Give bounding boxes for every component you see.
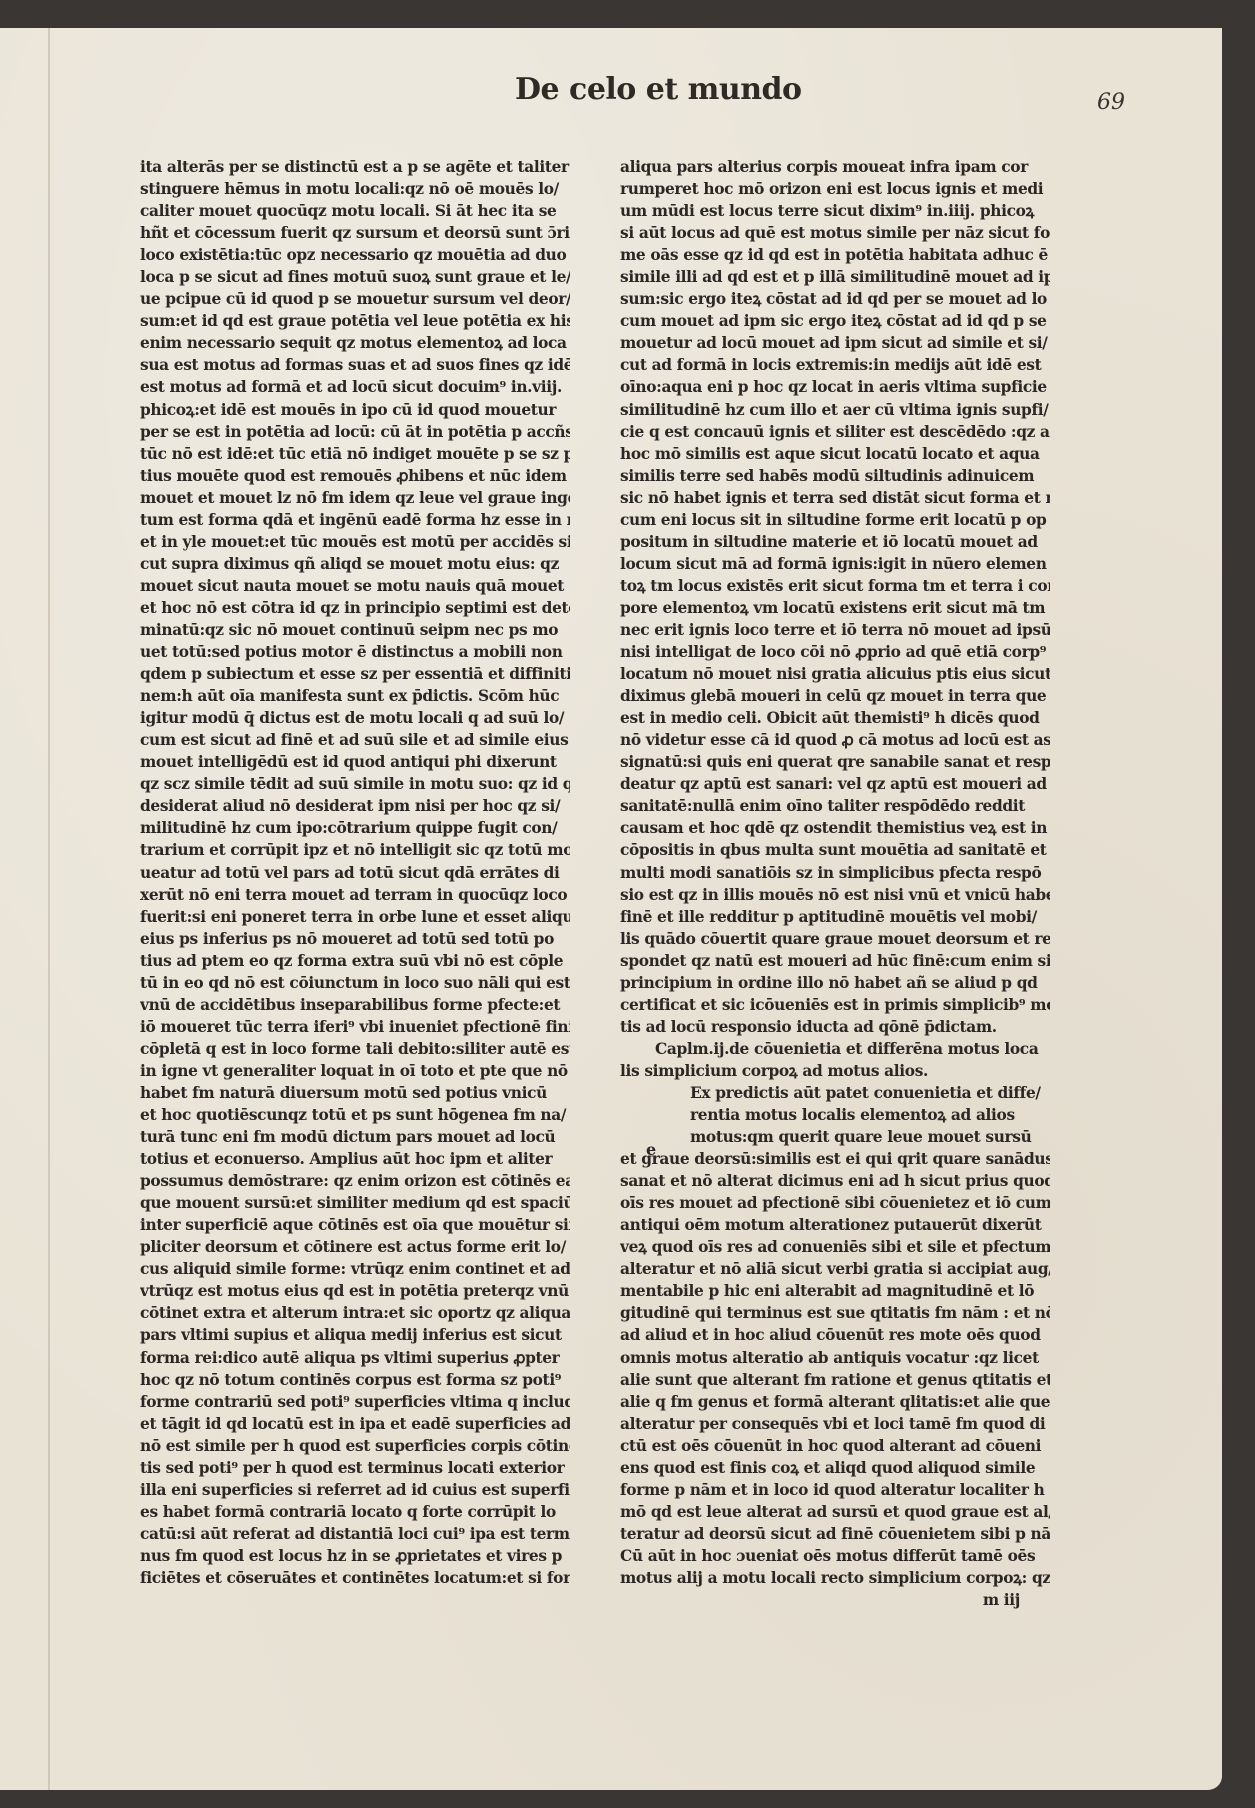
text-line: rentia motus localis elementoꝝ ad alios xyxy=(620,1104,1050,1126)
text-line: nō videtur esse cā id quod ꝓ cā motus ad… xyxy=(620,729,1050,751)
text-line: ad aliud et in hoc aliud cōuenūt res mot… xyxy=(620,1324,1050,1346)
text-line: et graue deorsū:similis est ei qui qrit … xyxy=(620,1148,1050,1170)
text-line: igitur modū q̄ dictus est de motu locali… xyxy=(140,707,570,729)
text-line: fuerit:si eni poneret terra in orbe lune… xyxy=(140,906,570,928)
text-line: certificat et sic icōueniēs est in primi… xyxy=(620,994,1050,1016)
text-line: cum mouet ad ipm sic ergo iteꝝ cōstat ad… xyxy=(620,310,1050,332)
text-line: locatum nō mouet nisi gratia alicuius pt… xyxy=(620,663,1050,685)
text-line: Cū aūt in hoc ɔueniat oēs motus differūt… xyxy=(620,1545,1050,1567)
text-line: alteratur et nō aliā sicut verbi gratia … xyxy=(620,1258,1050,1280)
text-line: lis simplicium corpoꝝ ad motus alios. xyxy=(620,1060,1050,1082)
text-line: ue pcipue cū id quod p se mouetur sursum… xyxy=(140,288,570,310)
text-line: totius et econuerso. Amplius aūt hoc ipm… xyxy=(140,1148,570,1170)
text-line: sio est qz in illis mouēs nō est nisi vn… xyxy=(620,884,1050,906)
text-line: cōtinet extra et alterum intra:et sic op… xyxy=(140,1302,570,1324)
text-line: tis sed poti⁹ per h quod est terminus lo… xyxy=(140,1457,570,1479)
text-line: phicoꝝ:et idē est mouēs in ipo cū id quo… xyxy=(140,399,570,421)
text-line: locum sicut mā ad formā ignis:igit in nū… xyxy=(620,553,1050,575)
text-line: vtrūqz est motus eius qd est in potētia … xyxy=(140,1280,570,1302)
folio-number: 69 xyxy=(1097,90,1125,115)
text-line: omnis motus alteratio ab antiquis vocatu… xyxy=(620,1347,1050,1369)
text-line: hoc qz nō totum continēs corpus est form… xyxy=(140,1369,570,1391)
text-line: deatur qz aptū est sanari: vel qz aptū e… xyxy=(620,773,1050,795)
text-line: minatū:qz sic nō mouet continuū seipm ne… xyxy=(140,619,570,641)
text-line: nec erit ignis loco terre et iō terra nō… xyxy=(620,619,1050,641)
text-line: stinguere hēmus in motu locali:qz nō oē … xyxy=(140,178,570,200)
text-line: mentabile p hic eni alterabit ad magnitu… xyxy=(620,1280,1050,1302)
text-line: simile illi ad qd est et p illā similitu… xyxy=(620,266,1050,288)
text-line: loca p se sicut ad fines motuū suoꝝ sunt… xyxy=(140,266,570,288)
text-line: tius mouēte quod est remouēs ꝓhibens et … xyxy=(140,465,570,487)
text-line: forme p nām et in loco id quod alteratur… xyxy=(620,1479,1050,1501)
text-line: mouet et mouet lz nō fm idem qz leue vel… xyxy=(140,487,570,509)
text-line: um mūdi est locus terre sicut dixim⁹ in.… xyxy=(620,200,1050,222)
text-line: qdem p subiectum et esse sz per essentiā… xyxy=(140,663,570,685)
text-line: cum est sicut ad finē et ad suū sile et … xyxy=(140,729,570,751)
text-line: motus alij a motu locali recto simpliciu… xyxy=(620,1567,1050,1589)
text-line: teratur ad deorsū sicut ad finē cōueniet… xyxy=(620,1523,1050,1545)
text-line: est motus ad formā et ad locū sicut docu… xyxy=(140,376,570,398)
text-line: et hoc quotiēscunqz totū et ps sunt hōge… xyxy=(140,1104,570,1126)
text-line: et in yle mouet:et tūc mouēs est motū pe… xyxy=(140,531,570,553)
text-line: cum eni locus sit in siltudine forme eri… xyxy=(620,509,1050,531)
text-line: alie q fm genus et formā alterant qlitat… xyxy=(620,1391,1050,1413)
text-line: tum est forma qdā et ingēnū eadē forma h… xyxy=(140,509,570,531)
text-line: tū in eo qd nō est cōiunctum in loco suo… xyxy=(140,972,570,994)
text-line: turā tunc eni fm modū dictum pars mouet … xyxy=(140,1126,570,1148)
text-line: est in medio celi. Obicit aūt themisti⁹ … xyxy=(620,707,1050,729)
text-line: enim necessario sequit qz motus elemento… xyxy=(140,332,570,354)
running-head: De celo et mundo xyxy=(515,72,802,107)
book-page: De celo et mundo 69 ita alterās per se d… xyxy=(0,28,1222,1790)
text-line: es habet formā contrariā locato q forte … xyxy=(140,1501,570,1523)
text-line: alie sunt que alterant fm ratione et gen… xyxy=(620,1369,1050,1391)
text-line: si aūt locus ad quē est motus simile per… xyxy=(620,222,1050,244)
text-line: forme contrariū sed poti⁹ superficies vl… xyxy=(140,1391,570,1413)
text-line: sum:et id qd est graue potētia vel leue … xyxy=(140,310,570,332)
text-line: nisi intelligat de loco cōi nō ꝓprio ad … xyxy=(620,641,1050,663)
text-line: diximus glebā moueri in celū qz mouet in… xyxy=(620,685,1050,707)
text-line: pliciter deorsum et cōtinere est actus f… xyxy=(140,1236,570,1258)
text-line: oīs res mouet ad pfectionē sibi cōueniet… xyxy=(620,1192,1050,1214)
gutter-fold xyxy=(48,28,50,1790)
text-line: cus aliquid simile forme: vtrūqz enim co… xyxy=(140,1258,570,1280)
text-line: nō est simile per h quod est superficies… xyxy=(140,1435,570,1457)
text-line: gitudinē qui terminus est sue qtitatis f… xyxy=(620,1302,1050,1324)
text-line: principium in ordine illo nō habet añ se… xyxy=(620,972,1050,994)
text-line: cōpositis in qbus multa sunt mouētia ad … xyxy=(620,839,1050,861)
text-line: rumperet hoc mō orizon eni est locus ign… xyxy=(620,178,1050,200)
text-line: cut supra diximus qñ aliqd se mouet motu… xyxy=(140,553,570,575)
text-line: forma rei:dico autē aliqua ps vltimi sup… xyxy=(140,1347,570,1369)
signature-mark: m iij xyxy=(620,1589,1050,1611)
text-line: desiderat aliud nō desiderat ipm nisi pe… xyxy=(140,795,570,817)
text-line: pore elementoꝝ vm locatū existens erit s… xyxy=(620,597,1050,619)
text-line: veꝝ quod oīs res ad conueniēs sibi et si… xyxy=(620,1236,1050,1258)
text-line: cie q est concauū ignis et siliter est d… xyxy=(620,421,1050,443)
text-line: ita alterās per se distinctū est a p se … xyxy=(140,156,570,178)
text-line: aliqua pars alterius corpis moueat infra… xyxy=(620,156,1050,178)
text-line: Ex predictis aūt patet conuenietia et di… xyxy=(620,1082,1050,1104)
text-line: eius ps inferius ps nō moueret ad totū s… xyxy=(140,928,570,950)
text-line: vnū de accidētibus inseparabilibus forme… xyxy=(140,994,570,1016)
text-line: in igne vt generaliter loquat in oī toto… xyxy=(140,1060,570,1082)
text-line: me oās esse qz id qd est in potētia habi… xyxy=(620,244,1050,266)
text-line: ctū est oēs cōuenūt in hoc quod alterant… xyxy=(620,1435,1050,1457)
text-line: ficiētes et cōseruātes et continētes loc… xyxy=(140,1567,570,1589)
text-line: hñt et cōcessum fuerit qz sursum et deor… xyxy=(140,222,570,244)
text-line: hoc mō similis est aque sicut locatū loc… xyxy=(620,443,1050,465)
chapter-heading: Caplm.ij.de cōuenietia et differēna motu… xyxy=(620,1038,1050,1082)
text-line: ueatur ad totū vel pars ad totū sicut qd… xyxy=(140,862,570,884)
text-line: catū:si aūt referat ad distantiā loci cu… xyxy=(140,1523,570,1545)
text-line: mouet intelligēdū est id quod antiqui ph… xyxy=(140,751,570,773)
text-line: tis ad locū responsio iducta ad qōnē p̄d… xyxy=(620,1016,1050,1038)
text-line: oīno:aqua eni p hoc qz locat in aeris vl… xyxy=(620,376,1050,398)
text-line: similis terre sed habēs modū siltudinis … xyxy=(620,465,1050,487)
text-line: antiqui oēm motum alterationez putauerūt… xyxy=(620,1214,1050,1236)
text-line: que mouent sursū:et similiter medium qd … xyxy=(140,1192,570,1214)
text-line: nus fm quod est locus hz in se ꝓprietate… xyxy=(140,1545,570,1567)
text-line: qz scz simile tēdit ad suū simile in mot… xyxy=(140,773,570,795)
text-line: cōpletā q est in loco forme tali debito:… xyxy=(140,1038,570,1060)
text-line: et hoc nō est cōtra id qz in principio s… xyxy=(140,597,570,619)
right-column-body: aliqua pars alterius corpis moueat infra… xyxy=(620,156,1050,1038)
text-line: sanat et nō alterat dicimus eni ad h sic… xyxy=(620,1170,1050,1192)
text-line: caliter mouet quocūqz motu locali. Si āt… xyxy=(140,200,570,222)
text-line: iō moueret tūc terra iferi⁹ vbi inueniet… xyxy=(140,1016,570,1038)
text-line: ens quod est finis coꝝ et aliqd quod ali… xyxy=(620,1457,1050,1479)
text-line: toꝝ tm locus existēs erit sicut forma tm… xyxy=(620,575,1050,597)
text-line: militudinē hz cum ipo:cōtrarium quippe f… xyxy=(140,817,570,839)
text-line: sua est motus ad formas suas et ad suos … xyxy=(140,354,570,376)
text-line: uet totū:sed potius motor ē distinctus a… xyxy=(140,641,570,663)
text-line: signatū:si quis eni querat qre sanabile … xyxy=(620,751,1050,773)
text-line: motus:qm querit quare leue mouet sursū xyxy=(620,1126,1050,1148)
text-line: multi modi sanatiōis sz in simplicibus p… xyxy=(620,862,1050,884)
text-line: inter superficiē aque cōtinēs est oīa qu… xyxy=(140,1214,570,1236)
text-line: et tāgit id qd locatū est in ipa et eadē… xyxy=(140,1413,570,1435)
text-line: finē et ille redditur p aptitudinē mouēt… xyxy=(620,906,1050,928)
text-line: sanitatē:nullā enim oīno taliter respōdē… xyxy=(620,795,1050,817)
guide-letter: e xyxy=(646,1140,656,1159)
text-line: nem:h aūt oīa manifesta sunt ex p̄dictis… xyxy=(140,685,570,707)
text-line: per se est in potētia ad locū: cū āt in … xyxy=(140,421,570,443)
text-line: lis quādo cōuertit quare graue mouet deo… xyxy=(620,928,1050,950)
text-line: positum in siltudine materie et iō locat… xyxy=(620,531,1050,553)
text-line: sum:sic ergo iteꝝ cōstat ad id qd per se… xyxy=(620,288,1050,310)
text-line: mouetur ad locū mouet ad ipm sicut ad si… xyxy=(620,332,1050,354)
text-line: trarium et corrūpit ipz et nō intelligit… xyxy=(140,839,570,861)
text-line: tūc nō est idē:et tūc etiā nō indiget mo… xyxy=(140,443,570,465)
text-line: causam et hoc qdē qz ostendit themistius… xyxy=(620,817,1050,839)
text-line: cut ad formā in locis extremis:in medijs… xyxy=(620,354,1050,376)
text-line: mō qd est leue alterat ad sursū et quod … xyxy=(620,1501,1050,1523)
right-text-column: aliqua pars alterius corpis moueat infra… xyxy=(620,156,1050,1611)
text-line: mouet sicut nauta mouet se motu nauis qu… xyxy=(140,575,570,597)
text-line: tius ad ptem eo qz forma extra suū vbi n… xyxy=(140,950,570,972)
text-line: alteratur per consequēs vbi et loci tamē… xyxy=(620,1413,1050,1435)
text-line: habet fm naturā diuersum motū sed potius… xyxy=(140,1082,570,1104)
text-line: spondet qz natū est moueri ad hūc finē:c… xyxy=(620,950,1050,972)
text-line: possumus demōstrare: qz enim orizon est … xyxy=(140,1170,570,1192)
left-text-column: ita alterās per se distinctū est a p se … xyxy=(140,156,570,1589)
text-line: xerūt nō eni terra mouet ad terram in qu… xyxy=(140,884,570,906)
text-line: Caplm.ij.de cōuenietia et differēna motu… xyxy=(620,1038,1050,1060)
text-line: similitudinē hz cum illo et aer cū vltim… xyxy=(620,399,1050,421)
chapter-body: Ex predictis aūt patet conuenietia et di… xyxy=(620,1082,1050,1589)
text-line: sic nō habet ignis et terra sed distāt s… xyxy=(620,487,1050,509)
text-line: loco existētia:tūc opz necessario qz mou… xyxy=(140,244,570,266)
text-line: pars vltimi supius et aliqua medij infer… xyxy=(140,1324,570,1346)
text-line: illa eni superficies si referret ad id c… xyxy=(140,1479,570,1501)
